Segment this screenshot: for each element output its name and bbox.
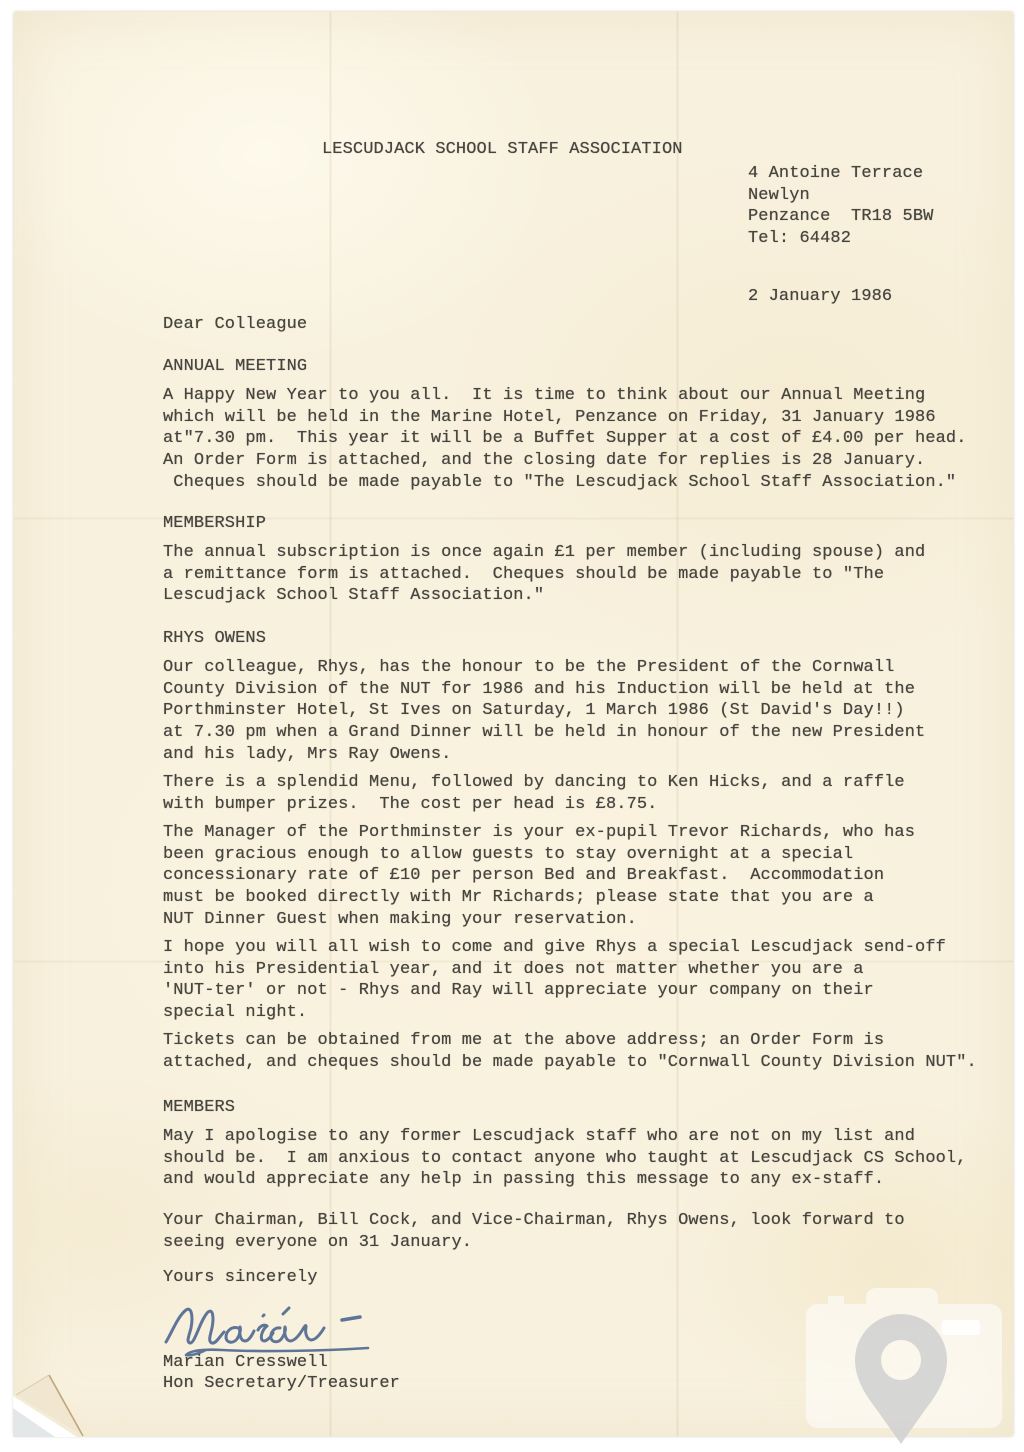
- signed-by-name: Marian Cresswell: [163, 1352, 328, 1374]
- paragraph: A Happy New Year to you all. It is time …: [163, 385, 967, 494]
- salutation: Dear Colleague: [163, 314, 307, 336]
- paragraph: May I apologise to any former Lescudjack…: [163, 1126, 967, 1191]
- section-heading-members: MEMBERS: [163, 1097, 235, 1119]
- paragraph: I hope you will all wish to come and giv…: [163, 937, 946, 1024]
- section-heading-rhys-owens: RHYS OWENS: [163, 628, 266, 650]
- letter-date: 2 January 1986: [748, 286, 892, 308]
- letter-page: LESCUDJACK SCHOOL STAFF ASSOCIATION 4 An…: [14, 12, 1013, 1436]
- paragraph: The Manager of the Porthminster is your …: [163, 822, 915, 931]
- paragraph: The annual subscription is once again £1…: [163, 542, 925, 607]
- address-line: Newlyn: [748, 185, 810, 207]
- address-line: Tel: 64482: [748, 228, 851, 250]
- closing: Yours sincerely: [163, 1267, 318, 1289]
- paragraph: Your Chairman, Bill Cock, and Vice-Chair…: [163, 1210, 905, 1253]
- section-heading-membership: MEMBERSHIP: [163, 513, 266, 535]
- section-heading-annual-meeting: ANNUAL MEETING: [163, 356, 307, 378]
- letter-title: LESCUDJACK SCHOOL STAFF ASSOCIATION: [322, 139, 683, 161]
- address-line: 4 Antoine Terrace: [748, 163, 923, 185]
- paragraph: Our colleague, Rhys, has the honour to b…: [163, 657, 925, 766]
- folded-corner: [13, 1348, 133, 1437]
- paragraph: There is a splendid Menu, followed by da…: [163, 772, 905, 815]
- paragraph: Tickets can be obtained from me at the a…: [163, 1030, 977, 1073]
- signed-by-role: Hon Secretary/Treasurer: [163, 1373, 400, 1395]
- address-line: Penzance TR18 5BW: [748, 206, 933, 228]
